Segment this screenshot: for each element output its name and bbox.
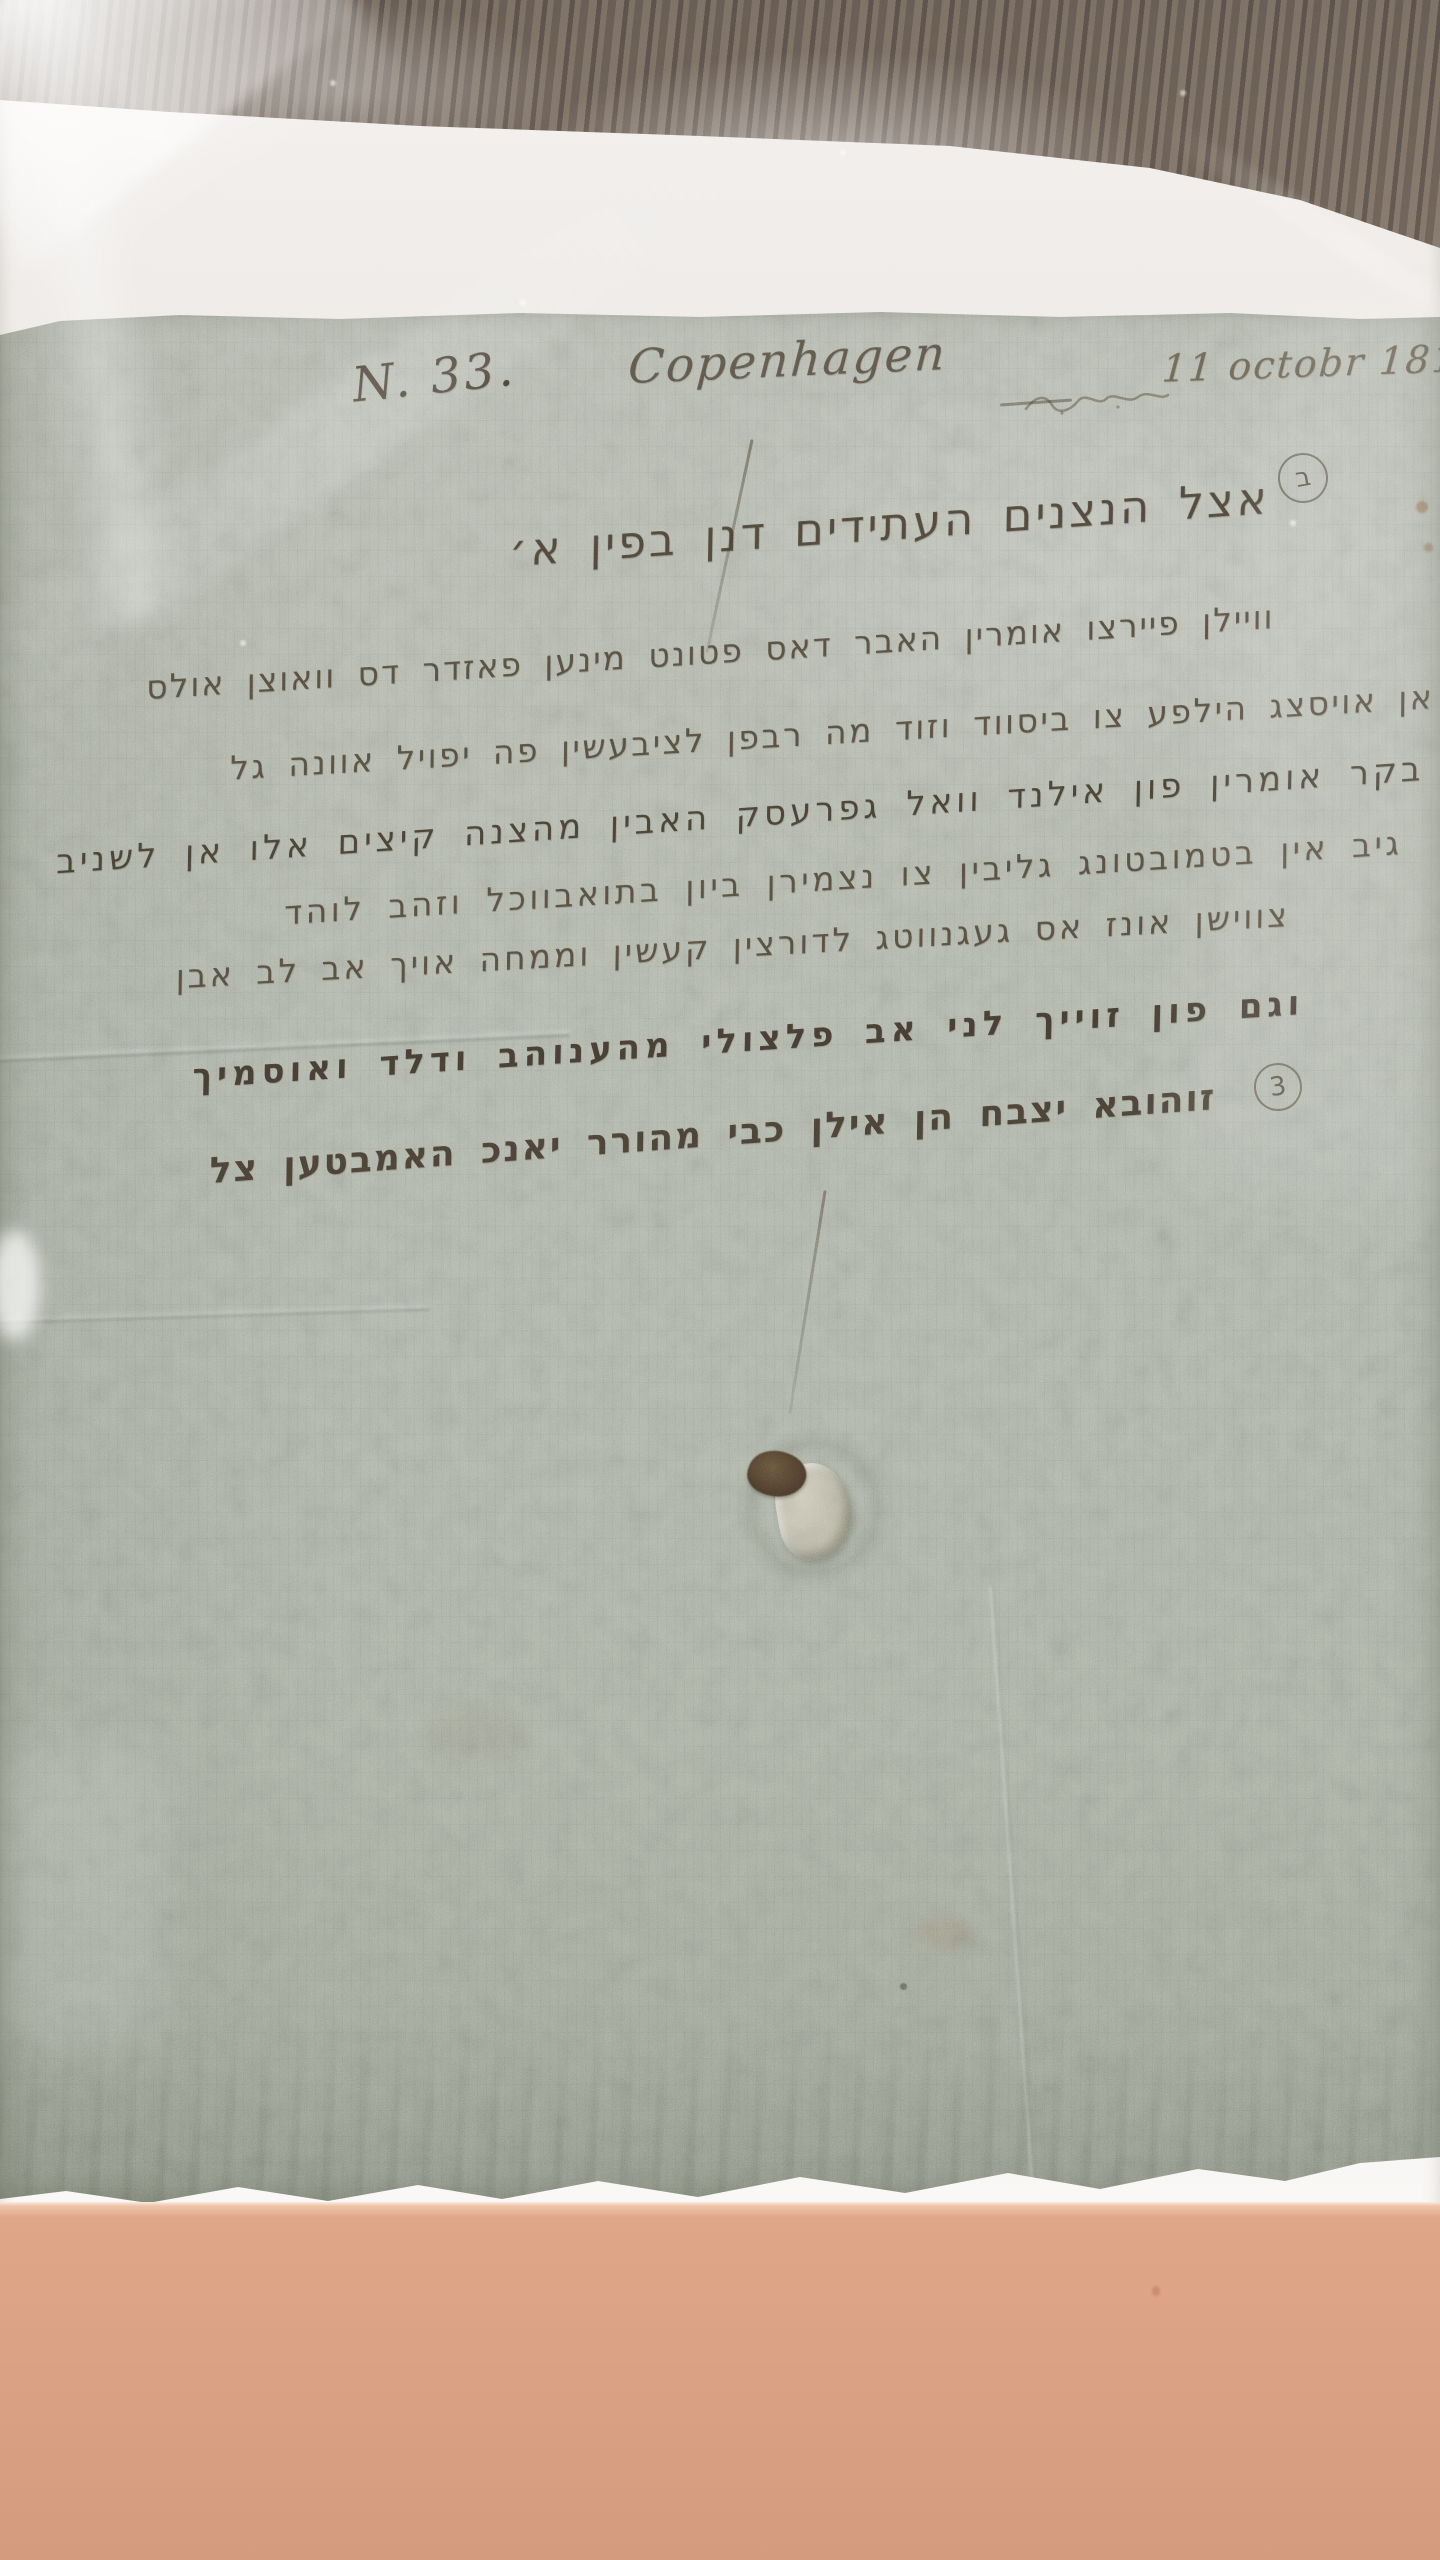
orange-mat-table bbox=[0, 2202, 1440, 2560]
photograph-of-1812-copenhagen-letter: N. 33. Copenhagen 11 octobr 1812 ב אצל ה… bbox=[0, 0, 1440, 2560]
mat-fleck bbox=[1152, 2286, 1160, 2296]
paper-edge-shading bbox=[0, 305, 1440, 2215]
letter-paper: N. 33. Copenhagen 11 octobr 1812 ב אצל ה… bbox=[0, 305, 1440, 2215]
